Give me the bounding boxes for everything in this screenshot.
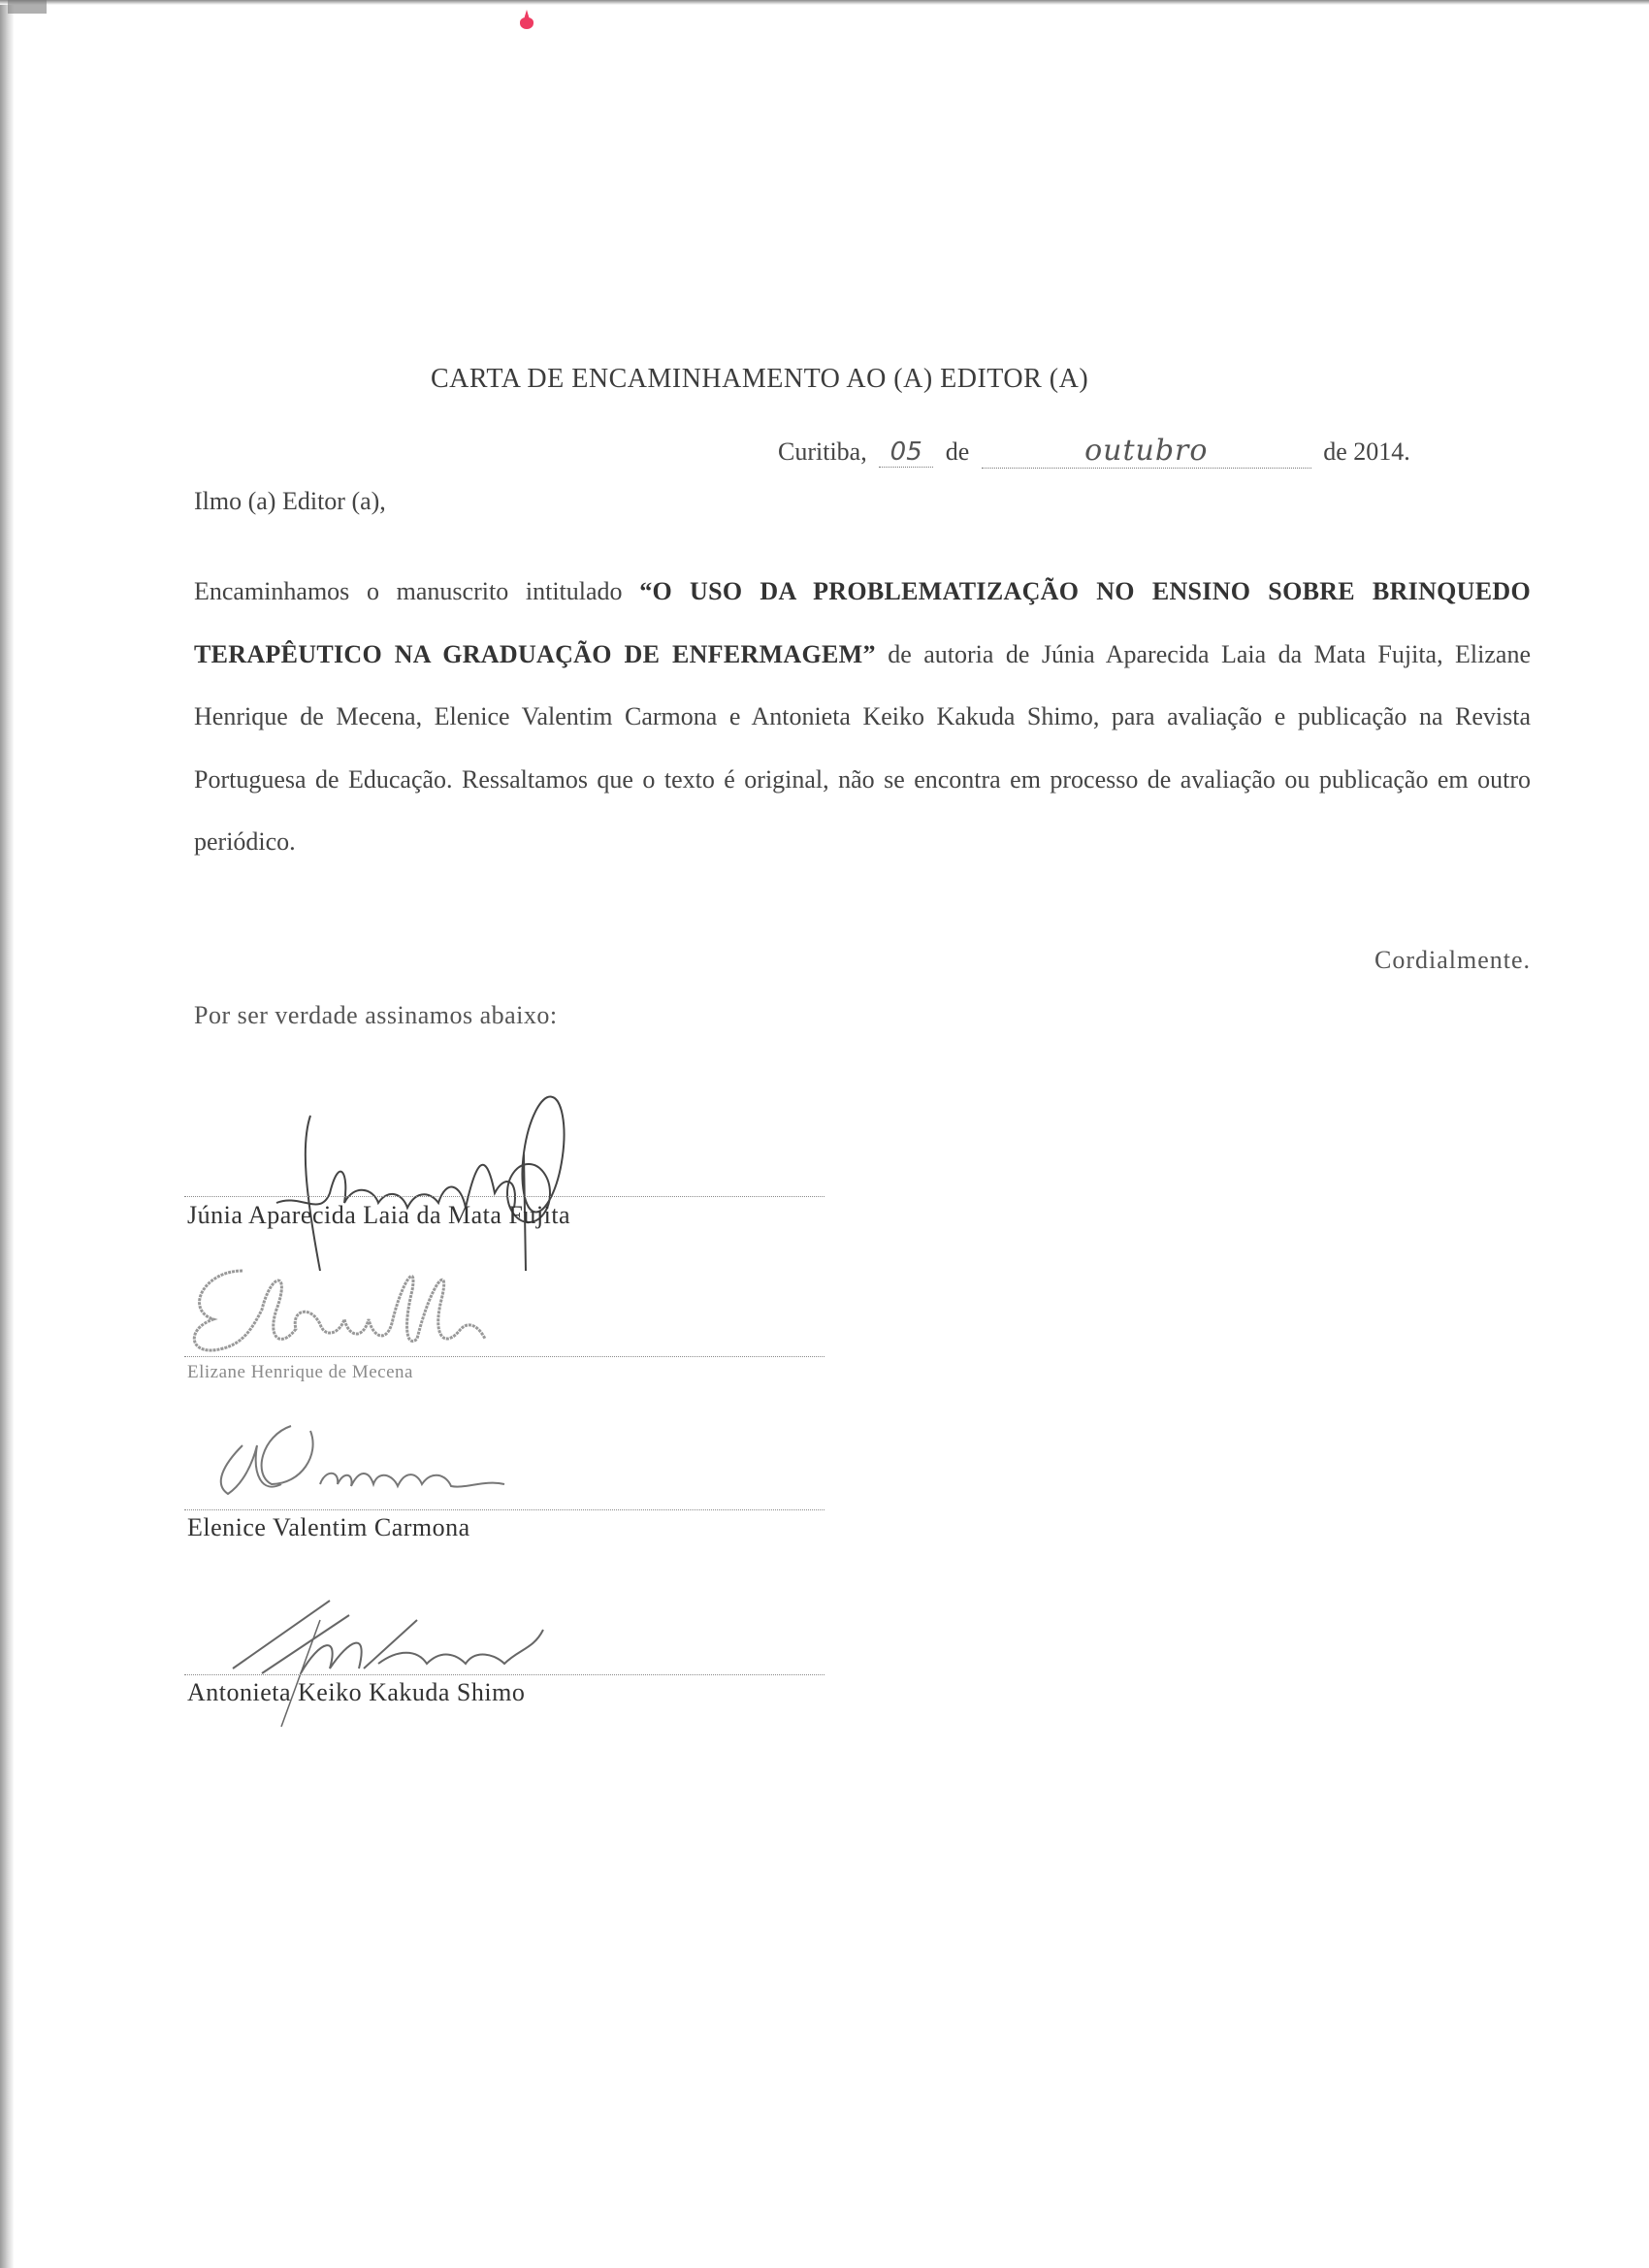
date-month-handwritten: outubro (982, 434, 1311, 469)
scan-edge-top (0, 0, 1649, 5)
date-day-handwritten: 05 (879, 437, 933, 468)
date-line: Curitiba, 05 de outubro de 2014. (778, 434, 1410, 469)
scan-corner-shadow (8, 0, 47, 14)
handwritten-signature-icon (184, 1086, 824, 1261)
date-year: de 2014. (1323, 437, 1410, 466)
handwritten-signature-icon (184, 1416, 824, 1513)
body-rest: de autoria de Júnia Aparecida Laia da Ma… (194, 640, 1531, 857)
signatory-name: Antonieta Keiko Kakuda Shimo (187, 1678, 525, 1707)
signatory-name: Júnia Aparecida Laia da Mata Fujita (187, 1201, 570, 1230)
handwritten-signature-icon (184, 1251, 824, 1368)
signature-block-2: Elizane Henrique de Mecena (184, 1251, 824, 1368)
signature-line (184, 1356, 824, 1357)
signature-block-3: Elenice Valentim Carmona (184, 1416, 824, 1533)
letter-title: CARTA DE ENCAMINHAMENTO AO (A) EDITOR (A… (431, 364, 1088, 395)
salutation: Ilmo (a) Editor (a), (194, 487, 386, 516)
signature-block-1: Júnia Aparecida Laia da Mata Fujita (184, 1086, 824, 1203)
signatory-name: Elizane Henrique de Mecena (187, 1362, 413, 1383)
body-intro: Encaminhamos o manuscrito intitulado (194, 577, 639, 605)
letter-body: Encaminhamos o manuscrito intitulado “O … (194, 561, 1531, 874)
date-de: de (946, 437, 970, 466)
date-city: Curitiba, (778, 437, 867, 466)
signature-line (184, 1674, 824, 1675)
signatory-name: Elenice Valentim Carmona (187, 1513, 470, 1542)
signature-line (184, 1196, 824, 1197)
signature-line (184, 1509, 824, 1510)
attestation: Por ser verdade assinamos abaixo: (194, 1001, 558, 1030)
signature-block-4: Antonieta Keiko Kakuda Shimo (184, 1581, 824, 1698)
closing: Cordialmente. (1374, 946, 1531, 975)
scan-edge-left (0, 0, 14, 2268)
